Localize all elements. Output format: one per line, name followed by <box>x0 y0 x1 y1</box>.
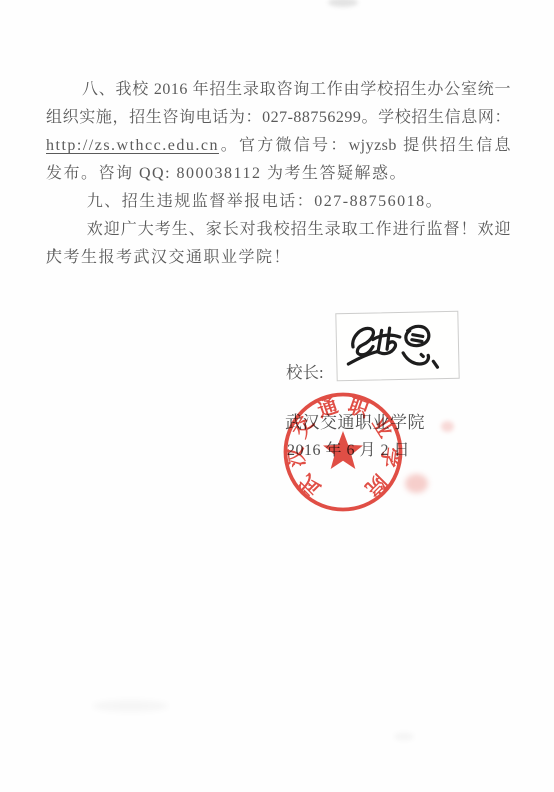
scan-smudge <box>93 700 168 712</box>
para-welcome-line-2: 大考生报考武汉交通职业学院！ <box>46 244 511 272</box>
seal-ink-smear <box>441 421 454 432</box>
seal-char: 学 <box>377 446 403 469</box>
seal-char: 职 <box>345 394 372 423</box>
para-eight-line-3-rest: 。官方微信号：wjyzsb 提供招生信息 <box>219 137 511 154</box>
seal-char: 业 <box>367 413 397 442</box>
principal-label: 校长: <box>286 359 324 383</box>
handwritten-signature <box>336 312 458 381</box>
seal-char: 交 <box>288 412 319 442</box>
para-eight-line-3: http://zs.wthcc.edu.cn。官方微信号：wjyzsb 提供招生… <box>46 132 511 160</box>
para-welcome-line-1: 欢迎广大考生、家长对我校招生录取工作进行监督！欢迎广 <box>46 216 511 244</box>
seal-ink-smear <box>405 474 428 493</box>
seal-star-icon <box>323 431 363 469</box>
seal-char: 武 <box>294 470 325 501</box>
signature-scrawl <box>348 326 438 369</box>
para-eight-line-2: 组织实施，招生咨询电话为：027-88756299。学校招生信息网： <box>46 104 511 132</box>
document-body: 八、我校 2016 年招生录取咨询工作由学校招生办公室统一 组织实施，招生咨询电… <box>46 76 511 272</box>
scan-smudge <box>394 732 414 741</box>
scan-smudge <box>328 0 358 7</box>
para-eight-line-1: 八、我校 2016 年招生录取咨询工作由学校招生办公室统一 <box>46 76 511 104</box>
seal-char: 汉 <box>284 445 309 468</box>
signature-box <box>335 311 459 382</box>
para-eight-line-4: 发布。咨询 QQ: 800038112 为考生答疑解惑。 <box>46 160 511 188</box>
admissions-url-text: http://zs.wthcc.edu.cn <box>46 137 219 154</box>
scanned-document-page: 八、我校 2016 年招生录取咨询工作由学校招生办公室统一 组织实施，招生咨询电… <box>0 0 554 792</box>
seal-char: 院 <box>361 470 392 501</box>
para-nine-line-1: 九、招生违规监督举报电话：027-88756018。 <box>46 188 511 216</box>
official-seal: 武 汉 交 通 职 业 学 院 <box>280 389 406 515</box>
